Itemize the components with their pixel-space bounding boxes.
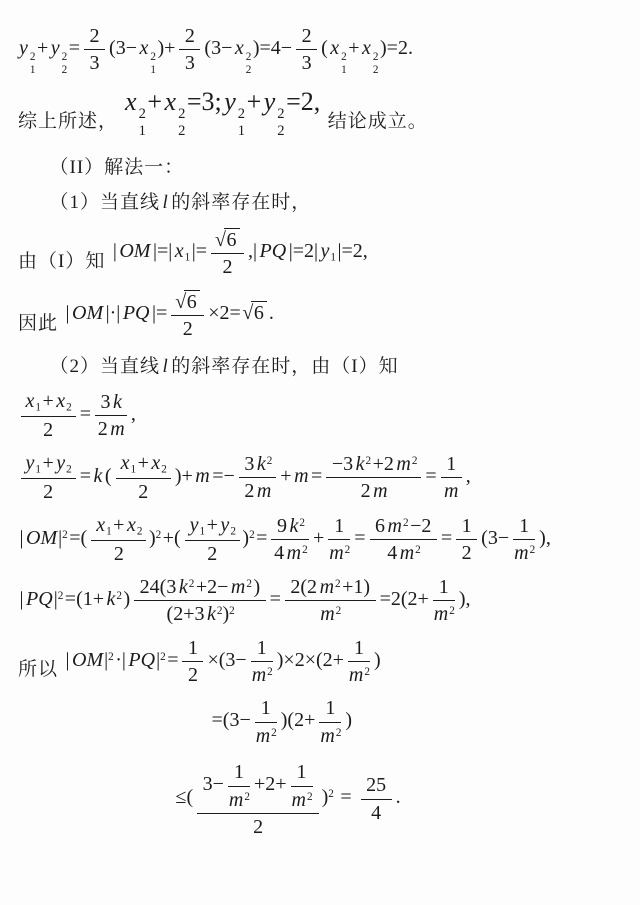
- math-text: ,|: [247, 240, 259, 262]
- symbol-base: x: [174, 240, 185, 262]
- math-text: |: [18, 527, 25, 549]
- fraction-denominator: m: [441, 478, 462, 502]
- math-text: −3: [330, 453, 354, 475]
- math-text: |=: [150, 302, 168, 324]
- math-expression: ≤(3−1m2+2+1m22)2 = 254.: [174, 759, 402, 838]
- fraction-numerator: 1: [255, 696, 277, 722]
- math-text: 6: [225, 229, 238, 251]
- fraction-denominator: 2: [197, 814, 319, 838]
- symbol-base: x: [124, 87, 138, 116]
- fraction-denominator: 3: [179, 50, 200, 74]
- math-text: 2: [460, 542, 473, 564]
- math-text: +: [35, 37, 49, 59]
- math-symbol: m2: [230, 576, 252, 598]
- product-expanded-line: =(3−1m2)(2+1m2): [210, 696, 632, 747]
- symbol-base: y: [18, 37, 29, 59]
- math-text: 1: [437, 576, 450, 598]
- subscript: 2: [66, 401, 72, 413]
- math-text: )+: [173, 465, 194, 487]
- symbol-base: m: [399, 542, 415, 564]
- symbol-base: m: [513, 542, 529, 564]
- math-expression: y21+y22=23(3−x21)+23(3−x22)=4−23(x21+x22…: [18, 24, 414, 76]
- math-symbol: x22: [234, 37, 251, 59]
- subscript: 1: [150, 64, 156, 77]
- math-text: =−: [211, 465, 237, 487]
- line-label-cn: 由（I）知: [18, 248, 105, 279]
- math-text: ): [122, 588, 132, 610]
- symbol-base: PQ: [122, 302, 151, 324]
- math-text: +: [136, 452, 150, 474]
- symbol-base: k: [106, 588, 117, 610]
- fraction-numerator: √6: [211, 227, 244, 254]
- fraction-denominator: 2m: [326, 478, 421, 502]
- fraction-numerator: 3k2: [239, 452, 276, 478]
- sub-sup-stack: 21: [139, 106, 146, 139]
- math-text: =: [424, 465, 438, 487]
- math-text: 9: [275, 515, 288, 537]
- radicand: 6: [251, 301, 267, 324]
- superscript: 2: [277, 106, 284, 122]
- fraction-numerator: 2: [84, 24, 105, 50]
- symbol-base: l: [162, 356, 170, 377]
- symbol-base: l: [162, 192, 170, 213]
- subscript: 1: [238, 123, 245, 139]
- math-symbol: PQ: [127, 649, 156, 671]
- math-text: =: [255, 527, 269, 549]
- sqrt-expression: √6: [242, 301, 267, 326]
- radicand: 6: [224, 228, 240, 251]
- symbol-base: m: [109, 418, 125, 440]
- math-text: +1): [341, 576, 372, 598]
- math-text: (3−: [108, 37, 139, 59]
- math-text: ≤(: [174, 786, 195, 808]
- symbol-base: m: [293, 465, 309, 487]
- superscript: 2: [307, 790, 313, 802]
- fraction-numerator: 9k2: [271, 514, 308, 540]
- math-text: )(2+: [279, 709, 317, 731]
- math-text: 3: [243, 453, 256, 475]
- math-text: ): [372, 649, 382, 671]
- math-text: 6: [252, 302, 265, 324]
- math-symbol: m2: [399, 542, 421, 564]
- superscript: 2: [373, 51, 379, 64]
- fraction-denominator: 2m: [95, 416, 127, 440]
- math-text: 4: [370, 802, 383, 824]
- math-text: +: [41, 452, 55, 474]
- superscript: 2: [335, 578, 341, 590]
- symbol-base: OM: [118, 240, 151, 262]
- fraction-numerator: 1: [328, 514, 350, 540]
- superscript: 2: [449, 605, 455, 617]
- math-symbol: y21: [223, 87, 245, 116]
- fraction: y1+y22: [21, 451, 76, 503]
- math-text: 1: [460, 515, 473, 537]
- math-text: 2: [186, 664, 199, 686]
- symbol-base: k: [93, 465, 104, 487]
- math-text: 2: [42, 419, 55, 441]
- math-symbol: |2: [54, 588, 64, 610]
- fraction: 12: [456, 514, 477, 565]
- superscript: 2: [108, 651, 114, 663]
- superscript: 2: [229, 605, 235, 617]
- symbol-base: m: [251, 664, 267, 686]
- line-label-cn: 综上所述，: [18, 108, 118, 139]
- subscript: 1: [341, 64, 347, 77]
- math-symbol: m2: [291, 789, 313, 811]
- math-expression: |OM|2·|PQ|2=12×(3−1m2)×2×(2+1m2): [64, 636, 382, 687]
- subscript: 1: [139, 123, 146, 139]
- fraction-denominator: 2: [116, 479, 171, 503]
- math-text: ),: [538, 527, 553, 549]
- fraction: 6m2−24m2: [370, 514, 437, 565]
- symbol-base: m: [395, 453, 411, 475]
- subscript: 1: [30, 64, 36, 77]
- fraction-numerator: x1+x2: [21, 389, 76, 417]
- symbol-base: x: [329, 37, 340, 59]
- symbol-base: y: [320, 240, 331, 262]
- math-text: ,: [464, 465, 472, 487]
- math-text: 1: [445, 453, 458, 475]
- fraction-numerator: 24(3k2+2−m2): [134, 575, 265, 601]
- math-text: +2−: [194, 576, 230, 598]
- math-text: 1: [232, 761, 245, 783]
- subscript: 2: [137, 525, 143, 537]
- math-text: =: [166, 649, 180, 671]
- fraction: 23: [84, 24, 105, 75]
- fraction-denominator: m2: [291, 787, 313, 811]
- product-formula-line: 所以|OM|2·|PQ|2=12×(3−1m2)×2×(2+1m2): [18, 636, 632, 687]
- math-text: 1: [324, 697, 337, 719]
- math-symbol: x21: [138, 37, 155, 59]
- math-symbol: x1: [120, 452, 136, 474]
- om-pq-values-line: 由（I）知|OM|=|x1|=√62,|PQ|=2|y1|=2,: [18, 227, 632, 279]
- math-symbol: m2: [319, 725, 341, 747]
- math-text: 的斜率存在时，: [170, 192, 313, 213]
- symbol-base: x: [138, 37, 149, 59]
- math-symbol: m2: [319, 576, 341, 598]
- symbol-base: k: [355, 453, 366, 475]
- symbol-base: OM: [71, 649, 104, 671]
- math-symbol: |2: [58, 527, 68, 549]
- superscript: 2: [415, 544, 421, 556]
- superscript: 2: [62, 528, 68, 540]
- math-symbol: y2: [219, 514, 235, 536]
- radicand: 6: [184, 290, 200, 313]
- fraction-denominator: (2+3k2)2: [134, 601, 265, 625]
- math-symbol: m2: [348, 664, 370, 686]
- math-symbol: x1: [95, 514, 111, 536]
- math-text: +: [311, 527, 325, 549]
- math-expression: |PQ|2=(1+k2)24(3k2+2−m2)(2+3k2)2=2(2m2+1…: [18, 575, 472, 626]
- sub-sup-stack: 22: [373, 51, 379, 76]
- symbol-base: m: [319, 725, 335, 747]
- math-text: 1: [295, 761, 308, 783]
- symbol-base: x: [361, 37, 372, 59]
- math-symbol: OM: [118, 240, 151, 262]
- math-text: 6: [185, 291, 198, 313]
- math-text: ,: [129, 403, 137, 425]
- symbol-base: x: [150, 452, 161, 474]
- math-text: =: [353, 527, 367, 549]
- math-symbol: )2: [222, 603, 234, 625]
- math-text: 3: [183, 52, 196, 74]
- line-label-cn: 所以: [18, 656, 58, 687]
- superscript: 2: [249, 528, 255, 540]
- math-text: 4: [386, 542, 399, 564]
- math-text: |: [18, 588, 25, 610]
- symbol-base: x: [95, 514, 106, 536]
- math-symbol: l: [162, 356, 170, 377]
- symbol-base: x: [234, 37, 245, 59]
- math-text: 25: [365, 774, 388, 796]
- math-symbol: x1: [25, 390, 41, 412]
- superscript: 2: [302, 544, 308, 556]
- math-text: (3−: [480, 527, 511, 549]
- symbol-base: y: [219, 514, 230, 536]
- fraction: 2(2m2+1)m2: [285, 575, 376, 626]
- math-symbol: m2: [251, 664, 273, 686]
- document-page: y21+y22=23(3−x21)+23(3−x22)=4−23(x21+x22…: [0, 0, 640, 905]
- math-text: 3: [99, 391, 112, 413]
- math-text: 1: [259, 697, 272, 719]
- math-symbol: )2: [322, 786, 334, 808]
- fraction-numerator: x1+x2: [116, 451, 171, 479]
- symbol-base: m: [286, 542, 302, 564]
- math-text: 4: [273, 542, 286, 564]
- fraction-denominator: 3: [296, 50, 317, 74]
- superscript: 2: [336, 727, 342, 739]
- sub-sup-stack: 21: [238, 106, 245, 139]
- fraction-numerator: 25: [361, 773, 392, 799]
- math-text: 2: [137, 481, 150, 503]
- math-symbol: y2: [55, 452, 71, 474]
- fraction-denominator: m2: [348, 662, 370, 686]
- math-text: ): [344, 709, 354, 731]
- math-text: +2: [371, 453, 395, 475]
- math-expression: =(3−1m2)(2+1m2): [210, 696, 354, 747]
- fraction: √62: [211, 227, 244, 279]
- math-text: |·|: [104, 302, 122, 324]
- math-text: =: [334, 786, 358, 808]
- subscript: 2: [277, 123, 284, 139]
- math-text: +(: [161, 527, 182, 549]
- fraction-denominator: 2: [171, 316, 204, 340]
- math-symbol: |2: [104, 649, 114, 671]
- math-expression: |OM|=|x1|=√62,|PQ|=2|y1|=2,: [111, 227, 369, 279]
- math-text: （1）当直线: [48, 192, 162, 213]
- fraction-denominator: 4: [361, 800, 392, 824]
- math-text: (: [320, 37, 330, 59]
- math-text: 2: [243, 480, 256, 502]
- superscript: 2: [267, 454, 273, 466]
- fraction-numerator: 1: [291, 760, 313, 786]
- symbol-base: k: [206, 603, 217, 625]
- symbol-base: m: [433, 603, 449, 625]
- symbol-base: y: [50, 37, 61, 59]
- fraction-denominator: m2: [513, 540, 535, 564]
- case-2-line: （2）当直线l的斜率存在时，由（I）知: [48, 353, 632, 381]
- case-1-line: （1）当直线l的斜率存在时，: [48, 189, 632, 217]
- math-text: )+: [156, 37, 177, 59]
- math-text: |=2|: [287, 240, 319, 262]
- superscript: 2: [341, 51, 347, 64]
- fraction-denominator: 4m2: [370, 540, 437, 564]
- math-text: 2: [88, 25, 101, 47]
- superscript: 2: [267, 666, 273, 678]
- math-text: 2: [183, 25, 196, 47]
- math-symbol: k2: [106, 588, 122, 610]
- fraction-numerator: 1: [433, 575, 455, 601]
- om-squared-formula: |OM|2=(x1+x22)2+(y1+y22)2=9k24m2+1m2=6m2…: [18, 513, 632, 565]
- fraction: 1m2: [228, 760, 250, 811]
- math-text: =: [78, 465, 92, 487]
- math-symbol: OM: [71, 302, 104, 324]
- fraction: 23: [179, 24, 200, 75]
- math-symbol: m2: [286, 542, 308, 564]
- math-text: (: [103, 465, 113, 487]
- math-text: |=2,: [336, 240, 369, 262]
- product-inequality-line: ≤(3−1m2+2+1m22)2 = 254.: [174, 759, 632, 838]
- fraction-denominator: m2: [433, 601, 455, 625]
- math-expression: y1+y22=k(x1+x22)+m=−3k22m+m=−3k2+2m22m=1…: [18, 451, 472, 503]
- symbol-base: m: [443, 480, 459, 502]
- fraction: 23: [296, 24, 317, 75]
- symbol-base: OM: [25, 527, 58, 549]
- math-text: =: [439, 527, 453, 549]
- fraction-denominator: 2: [21, 479, 76, 503]
- sqrt-expression: √6: [175, 290, 200, 313]
- fraction: 1m2: [319, 696, 341, 747]
- math-symbol: x21: [124, 87, 146, 116]
- fraction: 1m2: [255, 696, 277, 747]
- symbol-base: PQ: [259, 240, 288, 262]
- math-text: .: [267, 302, 275, 324]
- superscript: 2: [271, 727, 277, 739]
- symbol-base: PQ: [25, 588, 54, 610]
- symbol-base: m: [348, 664, 364, 686]
- math-symbol: m2: [328, 542, 350, 564]
- superscript: 2: [530, 544, 536, 556]
- math-symbol: m2: [255, 725, 277, 747]
- fraction: x1+x22: [91, 513, 146, 565]
- summary-line: 综上所述，x21+x22=3;y21+y22=2,结论成立。: [18, 86, 632, 139]
- math-text: =2,: [285, 87, 322, 116]
- math-symbol: x2: [150, 452, 166, 474]
- superscript: 2: [336, 605, 342, 617]
- fraction-denominator: 2: [21, 417, 76, 441]
- math-text: 2: [96, 418, 109, 440]
- math-text: ×2=: [207, 302, 243, 324]
- fraction-denominator: m2: [319, 723, 341, 747]
- fraction-numerator: y1+y2: [185, 513, 240, 541]
- symbol-base: x: [25, 390, 36, 412]
- superscript: 2: [364, 666, 370, 678]
- fraction: −3k2+2m22m: [326, 452, 421, 503]
- math-text: )×2×(2+: [275, 649, 345, 671]
- fraction-numerator: 1: [513, 514, 535, 540]
- chinese-text: （2）当直线l的斜率存在时，由（I）知: [48, 353, 400, 381]
- math-symbol: |2: [156, 649, 166, 671]
- math-text: |=|: [151, 240, 173, 262]
- math-text: 2: [300, 25, 313, 47]
- fraction: 1m2: [291, 760, 313, 811]
- math-text: 2: [181, 318, 194, 340]
- superscript: 2: [412, 454, 418, 466]
- math-symbol: m2: [319, 603, 341, 625]
- fraction: 254: [361, 773, 392, 824]
- subscript: 2: [66, 463, 72, 475]
- math-text: ·|: [114, 649, 128, 671]
- line-label-cn: 因此: [18, 310, 58, 341]
- fraction-denominator: m2: [328, 540, 350, 564]
- math-text: ×(3−: [206, 649, 248, 671]
- fraction-denominator: 4m2: [271, 540, 308, 564]
- math-symbol: m: [194, 465, 210, 487]
- fraction: 3−1m2+2+1m22: [197, 759, 319, 838]
- math-text: )=4−: [251, 37, 293, 59]
- symbol-base: m: [228, 789, 244, 811]
- fraction-denominator: 3: [84, 50, 105, 74]
- math-text: −2: [409, 515, 433, 537]
- math-expression: x1+x22=3k2m,: [18, 389, 137, 441]
- fraction-numerator: 1: [182, 636, 203, 662]
- superscript: 2: [244, 790, 250, 802]
- math-text: 的斜率存在时，由（I）知: [170, 356, 400, 377]
- math-symbol: m2: [228, 789, 250, 811]
- symbol-base: m: [256, 480, 272, 502]
- math-text: ),: [457, 588, 472, 610]
- fraction-numerator: −3k2+2m2: [326, 452, 421, 478]
- fraction-denominator: 2: [182, 662, 203, 686]
- fraction: 3k2m: [95, 390, 127, 441]
- symbol-base: m: [230, 576, 246, 598]
- math-symbol: m2: [395, 453, 417, 475]
- fraction-denominator: m2: [255, 723, 277, 747]
- fraction-denominator: m2: [251, 662, 273, 686]
- fraction-numerator: 2(2m2+1): [285, 575, 376, 601]
- math-symbol: PQ: [259, 240, 288, 262]
- math-text: 3: [88, 52, 101, 74]
- math-text: |=: [190, 240, 208, 262]
- line-post-cn: 结论成立。: [328, 108, 428, 139]
- subscript: 2: [62, 64, 68, 77]
- math-symbol: m2: [513, 542, 535, 564]
- math-text: (2+3: [165, 603, 206, 625]
- superscript: 2: [345, 544, 351, 556]
- math-text: 24(3: [138, 576, 178, 598]
- math-text: 2: [221, 256, 234, 278]
- fraction-denominator: m2: [228, 787, 250, 811]
- math-symbol: m: [256, 480, 272, 502]
- math-symbol: m2: [387, 515, 409, 537]
- math-symbol: x2: [55, 390, 71, 412]
- fraction-numerator: 2: [179, 24, 200, 50]
- math-text: 3: [300, 52, 313, 74]
- fraction-denominator: 2: [91, 541, 146, 565]
- math-symbol: y22: [50, 37, 67, 59]
- subscript: 2: [161, 463, 167, 475]
- math-text: +: [205, 514, 219, 536]
- superscript: 2: [403, 516, 409, 528]
- symbol-base: x: [55, 390, 66, 412]
- superscript: 2: [139, 106, 146, 122]
- math-symbol: k2: [355, 453, 371, 475]
- formula-y-squared-sum: y21+y22=23(3−x21)+23(3−x22)=4−23(x21+x22…: [18, 24, 632, 76]
- math-symbol: x21: [329, 37, 346, 59]
- math-text: 1: [186, 637, 199, 659]
- fraction-numerator: 1: [319, 696, 341, 722]
- fraction: y1+y22: [185, 513, 240, 565]
